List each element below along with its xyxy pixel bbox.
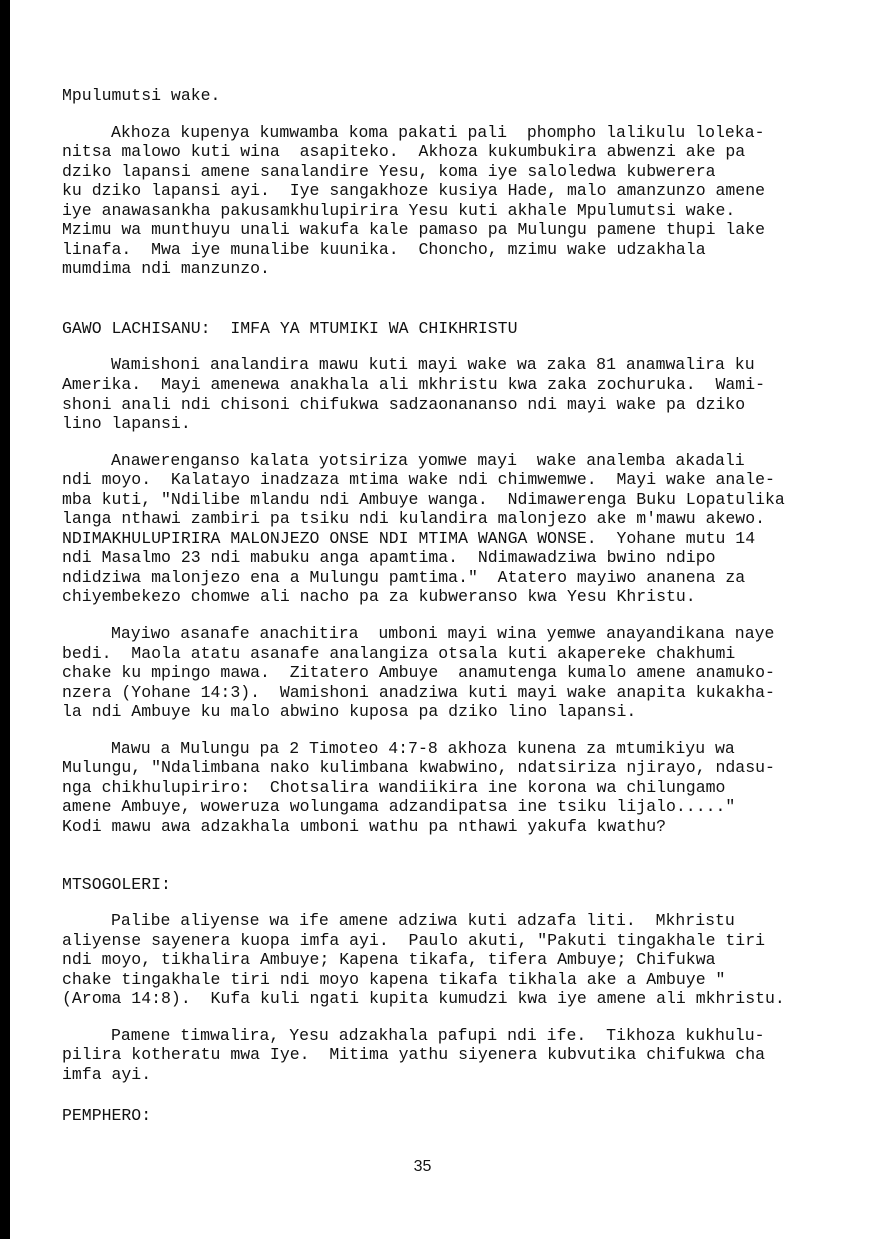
paragraph-gap — [62, 106, 842, 123]
text-line: linafa. Mwa iye munalibe kuunika. Chonch… — [62, 240, 842, 260]
document-page: Mpulumutsi wake.Akhoza kupenya kumwamba … — [62, 86, 842, 1126]
paragraph-gap — [62, 338, 842, 355]
paragraph: Mpulumutsi wake. — [62, 86, 842, 106]
text-line: imfa ayi. — [62, 1065, 842, 1085]
paragraph: Mayiwo asanafe anachitira umboni mayi wi… — [62, 624, 842, 722]
paragraph: Palibe aliyense wa ife amene adziwa kuti… — [62, 911, 842, 1009]
text-line: Amerika. Mayi amenewa anakhala ali mkhri… — [62, 375, 842, 395]
text-line: ndidziwa malonjezo ena a Mulungu pamtima… — [62, 568, 842, 588]
text-line: Palibe aliyense wa ife amene adziwa kuti… — [62, 911, 842, 931]
paragraph: Akhoza kupenya kumwamba koma pakati pali… — [62, 123, 842, 279]
text-line: Kodi mawu awa adzakhala umboni wathu pa … — [62, 817, 842, 837]
text-line: la ndi Ambuye ku malo abwino kuposa pa d… — [62, 702, 842, 722]
text-line: pilira kotheratu mwa Iye. Mitima yathu s… — [62, 1045, 842, 1065]
scan-border — [0, 0, 10, 1239]
paragraph: Wamishoni analandira mawu kuti mayi wake… — [62, 355, 842, 433]
paragraph-gap — [62, 607, 842, 624]
section: MTSOGOLERI:Palibe aliyense wa ife amene … — [62, 875, 842, 1085]
text-line: langa nthawi zambiri pa tsiku ndi kuland… — [62, 509, 842, 529]
section-heading: PEMPHERO: — [62, 1106, 842, 1126]
text-line: nga chikhulupiriro: Chotsalira wandiikir… — [62, 778, 842, 798]
text-line: mumdima ndi manzunzo. — [62, 259, 842, 279]
text-line: dziko lapansi amene sanalandire Yesu, ko… — [62, 162, 842, 182]
section: GAWO LACHISANU: IMFA YA MTUMIKI WA CHIKH… — [62, 319, 842, 837]
text-line: lino lapansi. — [62, 414, 842, 434]
text-line: ndi moyo, tikhalira Ambuye; Kapena tikaf… — [62, 950, 842, 970]
text-line: nitsa malowo kuti wina asapiteko. Akhoza… — [62, 142, 842, 162]
text-line: Mpulumutsi wake. — [62, 86, 842, 106]
section-gap — [62, 837, 842, 875]
paragraph-gap — [62, 1009, 842, 1026]
text-line: iye anawasankha pakusamkhulupirira Yesu … — [62, 201, 842, 221]
text-line: Pamene timwalira, Yesu adzakhala pafupi … — [62, 1026, 842, 1046]
section: Mpulumutsi wake.Akhoza kupenya kumwamba … — [62, 86, 842, 279]
text-line: aliyense sayenera kuopa imfa ayi. Paulo … — [62, 931, 842, 951]
text-line: amene Ambuye, woweruza wolungama adzandi… — [62, 797, 842, 817]
paragraph: Anawerenganso kalata yotsiriza yomwe may… — [62, 451, 842, 607]
paragraph-gap — [62, 894, 842, 911]
section-gap — [62, 279, 842, 319]
text-line: Mawu a Mulungu pa 2 Timoteo 4:7-8 akhoza… — [62, 739, 842, 759]
paragraph-gap — [62, 722, 842, 739]
paragraph: Pamene timwalira, Yesu adzakhala pafupi … — [62, 1026, 842, 1085]
paragraph: Mawu a Mulungu pa 2 Timoteo 4:7-8 akhoza… — [62, 739, 842, 837]
text-line: mba kuti, "Ndilibe mlandu ndi Ambuye wan… — [62, 490, 842, 510]
text-line: Mayiwo asanafe anachitira umboni mayi wi… — [62, 624, 842, 644]
section-heading: MTSOGOLERI: — [62, 875, 842, 895]
page-number: 35 — [0, 1158, 845, 1176]
paragraph-gap — [62, 434, 842, 451]
text-line: Akhoza kupenya kumwamba koma pakati pali… — [62, 123, 842, 143]
text-line: Anawerenganso kalata yotsiriza yomwe may… — [62, 451, 842, 471]
text-line: Mulungu, "Ndalimbana nako kulimbana kwab… — [62, 758, 842, 778]
text-line: (Aroma 14:8). Kufa kuli ngati kupita kum… — [62, 989, 842, 1009]
section: PEMPHERO: — [62, 1106, 842, 1126]
text-line: ndi Masalmo 23 ndi mabuku anga apamtima.… — [62, 548, 842, 568]
text-line: nzera (Yohane 14:3). Wamishoni anadziwa … — [62, 683, 842, 703]
text-line: chake ku mpingo mawa. Zitatero Ambuye an… — [62, 663, 842, 683]
text-line: Wamishoni analandira mawu kuti mayi wake… — [62, 355, 842, 375]
section-heading: GAWO LACHISANU: IMFA YA MTUMIKI WA CHIKH… — [62, 319, 842, 339]
text-line: shoni anali ndi chisoni chifukwa sadzaon… — [62, 395, 842, 415]
text-line: bedi. Maola atatu asanafe analangiza ots… — [62, 644, 842, 664]
text-line: NDIMAKHULUPIRIRA MALONJEZO ONSE NDI MTIM… — [62, 529, 842, 549]
text-line: ku dziko lapansi ayi. Iye sangakhoze kus… — [62, 181, 842, 201]
text-line: Mzimu wa munthuyu unali wakufa kale pama… — [62, 220, 842, 240]
text-line: chiyembekezo chomwe ali nacho pa za kubw… — [62, 587, 842, 607]
text-line: chake tingakhale tiri ndi moyo kapena ti… — [62, 970, 842, 990]
text-line: ndi moyo. Kalatayo inadzaza mtima wake n… — [62, 470, 842, 490]
section-gap — [62, 1084, 842, 1106]
